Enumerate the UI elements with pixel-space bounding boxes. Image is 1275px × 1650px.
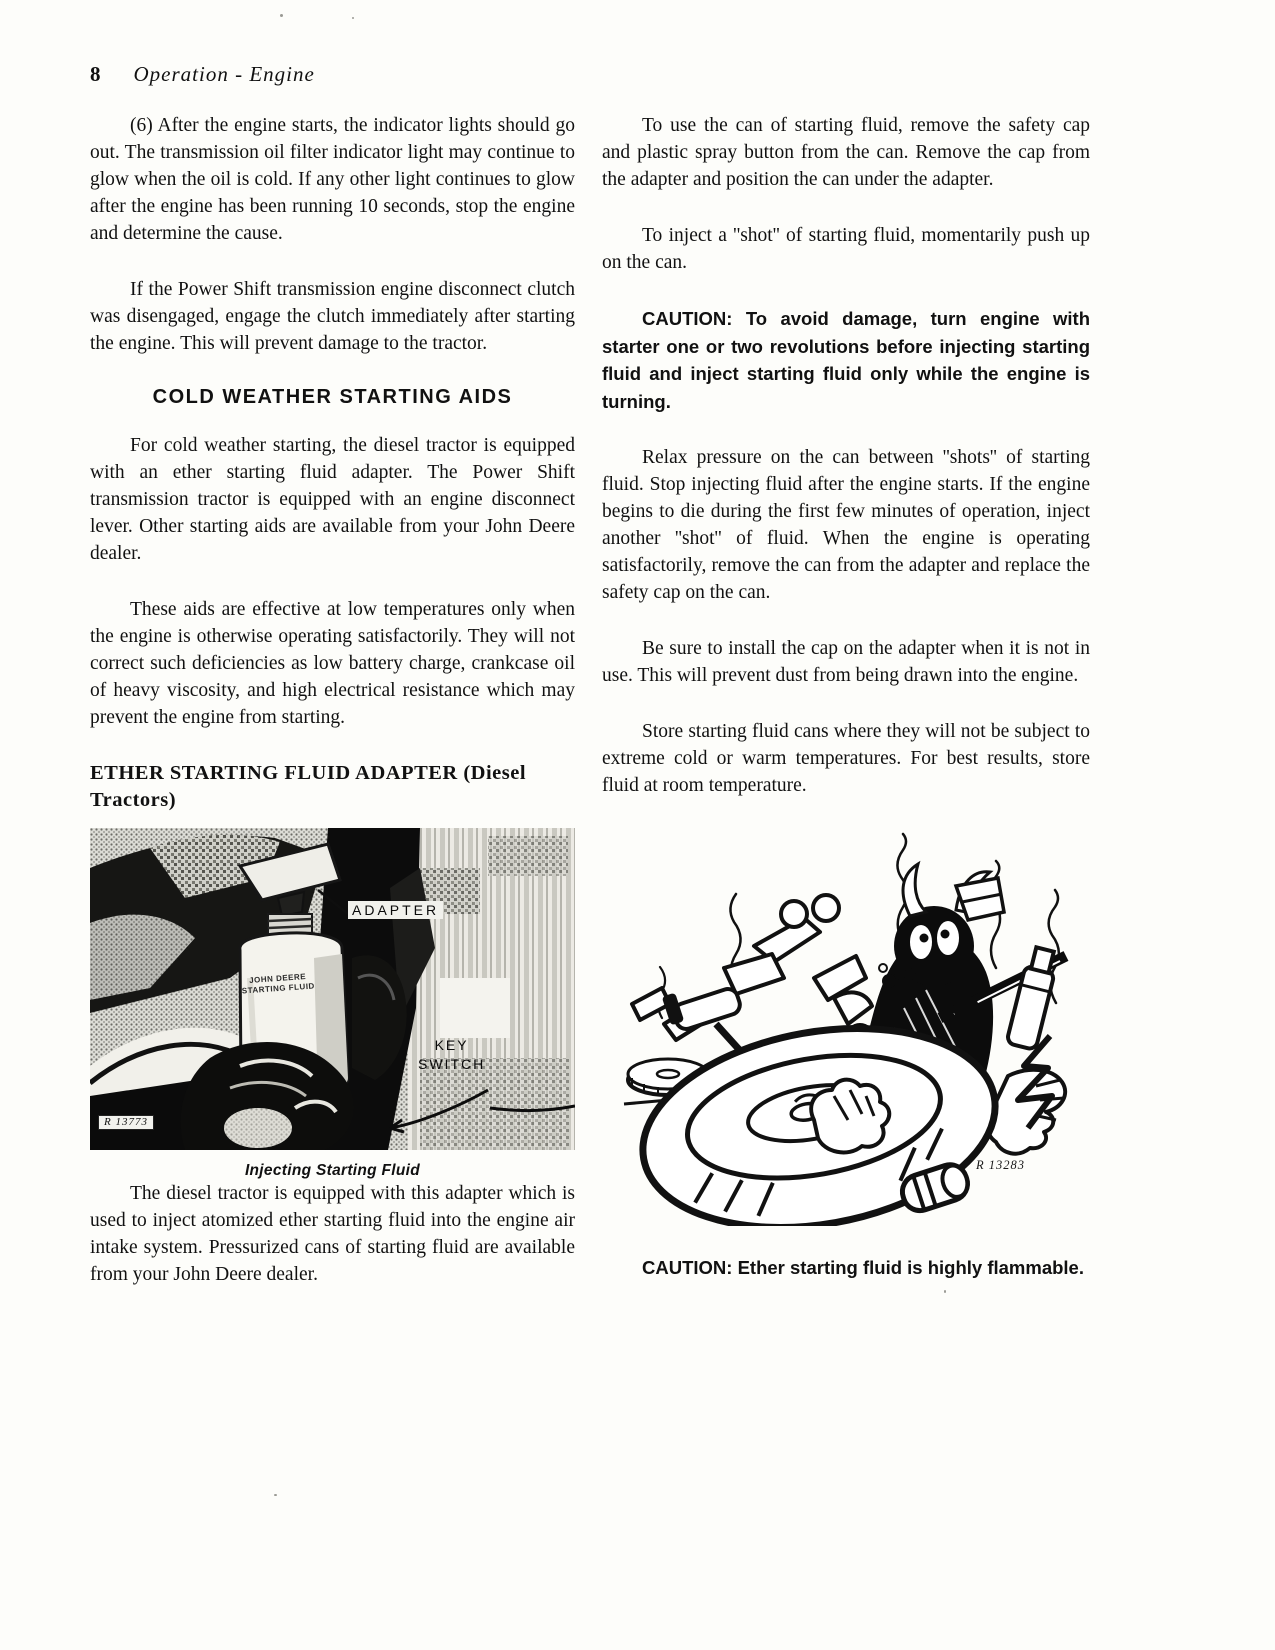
left-column: (6) After the engine starts, the indicat…	[90, 112, 575, 1317]
paragraph: The diesel tractor is equipped with this…	[90, 1180, 575, 1288]
cartoon-wrecked-tractor-imp: R 13283	[604, 828, 1074, 1226]
caution-paragraph: CAUTION: To avoid damage, turn engine wi…	[602, 305, 1090, 415]
subsection-heading-ether-adapter: ETHER STARTING FLUID ADAPTER (Diesel Tra…	[90, 760, 575, 814]
paragraph: (6) After the engine starts, the indicat…	[90, 112, 575, 247]
photo-caption: Injecting Starting Fluid	[90, 1162, 575, 1180]
paragraph: These aids are effective at low temperat…	[90, 596, 575, 731]
paragraph: Store starting fluid cans where they wil…	[602, 718, 1090, 799]
photo-injecting-starting-fluid: ADAPTER KEY SWITCH JOHN DEERE STARTING F…	[90, 828, 575, 1150]
paragraph: To use the can of starting fluid, remove…	[602, 112, 1090, 193]
manual-page: 8Operation - Engine (6) After the engine…	[0, 0, 1275, 1650]
paragraph: To inject a ''shot'' of starting fluid, …	[602, 222, 1090, 276]
scan-speck	[274, 1494, 277, 1496]
paragraph: If the Power Shift transmission engine d…	[90, 276, 575, 357]
page-title: Operation - Engine	[134, 62, 315, 86]
photo-callout-key-switch: KEY SWITCH	[418, 1036, 485, 1074]
page-header: 8Operation - Engine	[90, 62, 1090, 87]
page-number: 8	[90, 62, 102, 86]
caution-paragraph: CAUTION: Ether starting fluid is highly …	[602, 1254, 1090, 1282]
paragraph: For cold weather starting, the diesel tr…	[90, 432, 575, 567]
photo-callout-adapter: ADAPTER	[348, 901, 443, 919]
photo-illustration	[90, 828, 575, 1150]
scan-speck	[280, 14, 283, 17]
right-column: To use the can of starting fluid, remove…	[602, 112, 1090, 1311]
paragraph: Be sure to install the cap on the adapte…	[602, 635, 1090, 689]
cartoon-id-tag: R 13283	[976, 1158, 1025, 1173]
scan-speck	[352, 17, 354, 19]
section-heading-cold-weather: COLD WEATHER STARTING AIDS	[90, 386, 575, 409]
paragraph: Relax pressure on the can between ''shot…	[602, 444, 1090, 606]
photo-id-tag: R 13773	[98, 1115, 154, 1130]
